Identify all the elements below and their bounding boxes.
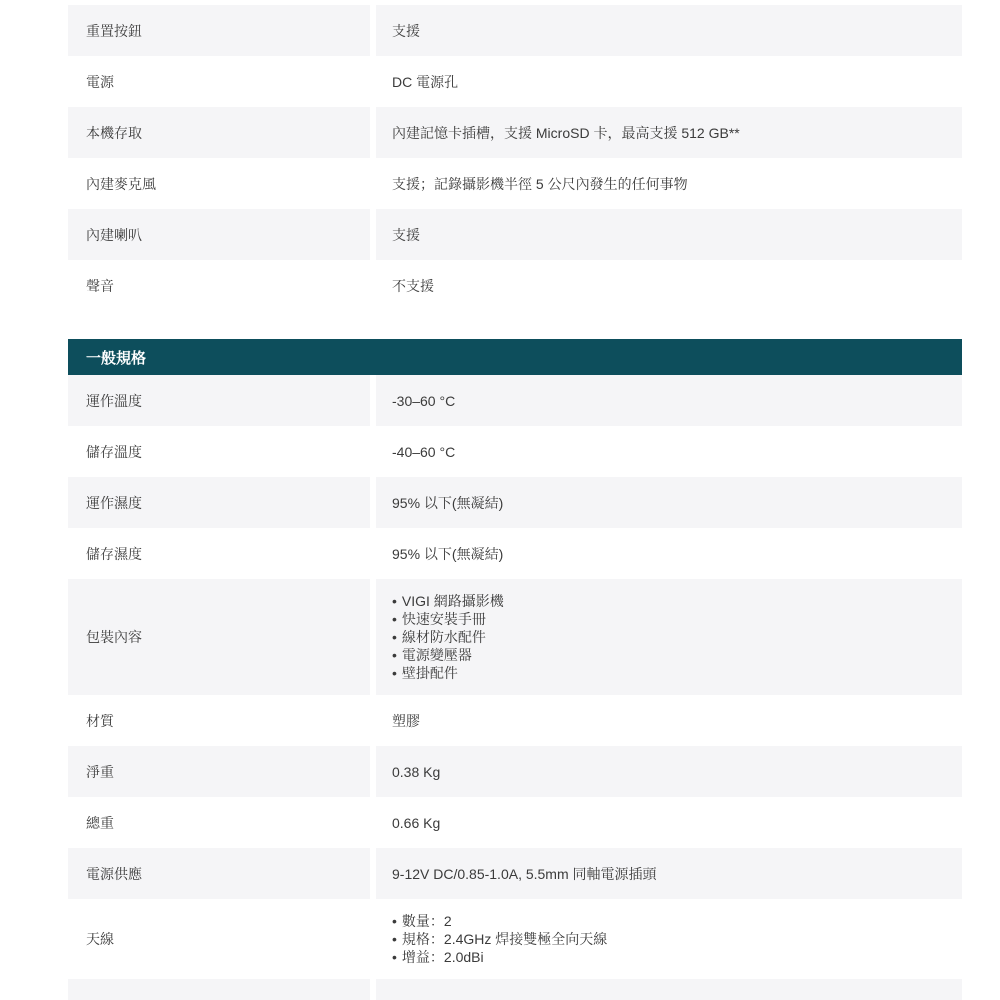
bullet-icon: •: [392, 592, 397, 610]
spec-value: -40–60 °C: [376, 426, 962, 477]
spec-row: 運作溫度-30–60 °C: [68, 375, 962, 426]
spec-label: 運作濕度: [68, 477, 370, 528]
spec-label: 總重: [68, 797, 370, 848]
section-header-general-specs: 一般規格: [68, 339, 962, 375]
spec-row: 本機存取內建記憶卡插槽，支援 MicroSD 卡，最高支援 512 GB**: [68, 107, 962, 158]
spec-label: 電源: [68, 56, 370, 107]
spec-label: 內建麥克風: [68, 158, 370, 209]
spec-label: 儲存溫度: [68, 426, 370, 477]
spec-row: 重置按鈕支援: [68, 5, 962, 56]
spec-row: 儲存溫度-40–60 °C: [68, 426, 962, 477]
bullet-line: •數量：2: [392, 912, 607, 930]
partial-next-row: [68, 979, 962, 1000]
spec-label: 電源供應: [68, 848, 370, 899]
bullet-line: •規格：2.4GHz 焊接雙極全向天線: [392, 930, 607, 948]
spec-row: 運作濕度95% 以下(無凝結): [68, 477, 962, 528]
bullet-line: •增益：2.0dBi: [392, 948, 607, 966]
bullet-icon: •: [392, 912, 397, 930]
section-header-label: 一般規格: [86, 347, 146, 368]
spec-row: 包裝內容•VIGI 網路攝影機•快速安裝手冊•線材防水配件•電源變壓器•壁掛配件: [68, 579, 962, 695]
spec-label: 本機存取: [68, 107, 370, 158]
spec-label: 運作溫度: [68, 375, 370, 426]
spec-label: 重置按鈕: [68, 5, 370, 56]
bullet-icon: •: [392, 930, 397, 948]
spec-row: 聲音不支援: [68, 260, 962, 311]
bullet-text: VIGI 網路攝影機: [402, 592, 504, 610]
spec-label: 聲音: [68, 260, 370, 311]
bullet-line: •壁掛配件: [392, 664, 504, 682]
spec-row: 內建喇叭支援: [68, 209, 962, 260]
bullet-text: 電源變壓器: [402, 646, 472, 664]
spec-value: 0.66 Kg: [376, 797, 962, 848]
spec-row: 儲存濕度95% 以下(無凝結): [68, 528, 962, 579]
spec-row: 電源DC 電源孔: [68, 56, 962, 107]
spec-row: 天線•數量：2•規格：2.4GHz 焊接雙極全向天線•增益：2.0dBi: [68, 899, 962, 979]
spec-label: 內建喇叭: [68, 209, 370, 260]
bullet-icon: •: [392, 628, 397, 646]
spec-label: 淨重: [68, 746, 370, 797]
bullet-line: •電源變壓器: [392, 646, 504, 664]
bullet-text: 增益：2.0dBi: [402, 948, 484, 966]
bullet-line: •線材防水配件: [392, 628, 504, 646]
spec-value: 0.38 Kg: [376, 746, 962, 797]
spec-value: •VIGI 網路攝影機•快速安裝手冊•線材防水配件•電源變壓器•壁掛配件: [376, 579, 962, 695]
spec-value: 95% 以下(無凝結): [376, 528, 962, 579]
spec-table: 重置按鈕支援電源DC 電源孔本機存取內建記憶卡插槽，支援 MicroSD 卡，最…: [68, 5, 962, 1000]
spec-row: 內建麥克風支援；記錄攝影機半徑 5 公尺內發生的任何事物: [68, 158, 962, 209]
spec-value: 95% 以下(無凝結): [376, 477, 962, 528]
partial-next-row-label-cell: [68, 979, 370, 1000]
spec-row: 材質塑膠: [68, 695, 962, 746]
partial-next-row-value-cell: [376, 979, 962, 1000]
spec-row: 電源供應9-12V DC/0.85-1.0A, 5.5mm 同軸電源插頭: [68, 848, 962, 899]
spec-value: 塑膠: [376, 695, 962, 746]
spec-row: 淨重0.38 Kg: [68, 746, 962, 797]
spec-value: 9-12V DC/0.85-1.0A, 5.5mm 同軸電源插頭: [376, 848, 962, 899]
spec-value: 支援；記錄攝影機半徑 5 公尺內發生的任何事物: [376, 158, 962, 209]
bullet-icon: •: [392, 664, 397, 682]
spec-row: 總重0.66 Kg: [68, 797, 962, 848]
spec-rows-general: 運作溫度-30–60 °C儲存溫度-40–60 °C運作濕度95% 以下(無凝結…: [68, 375, 962, 979]
spec-value: 支援: [376, 209, 962, 260]
spec-value: 不支援: [376, 260, 962, 311]
bullet-icon: •: [392, 948, 397, 966]
spec-rows-top: 重置按鈕支援電源DC 電源孔本機存取內建記憶卡插槽，支援 MicroSD 卡，最…: [68, 5, 962, 311]
spec-label: 儲存濕度: [68, 528, 370, 579]
bullet-list: •數量：2•規格：2.4GHz 焊接雙極全向天線•增益：2.0dBi: [392, 912, 607, 966]
bullet-text: 壁掛配件: [402, 664, 458, 682]
bullet-text: 快速安裝手冊: [402, 610, 486, 628]
bullet-line: •快速安裝手冊: [392, 610, 504, 628]
spec-value: DC 電源孔: [376, 56, 962, 107]
spec-value: -30–60 °C: [376, 375, 962, 426]
bullet-text: 規格：2.4GHz 焊接雙極全向天線: [402, 930, 607, 948]
bullet-text: 數量：2: [402, 912, 452, 930]
bullet-text: 線材防水配件: [402, 628, 486, 646]
spec-value: 支援: [376, 5, 962, 56]
spec-label: 天線: [68, 899, 370, 979]
bullet-line: •VIGI 網路攝影機: [392, 592, 504, 610]
bullet-icon: •: [392, 646, 397, 664]
spec-label: 包裝內容: [68, 579, 370, 695]
bullet-list: •VIGI 網路攝影機•快速安裝手冊•線材防水配件•電源變壓器•壁掛配件: [392, 592, 504, 682]
bullet-icon: •: [392, 610, 397, 628]
spec-value: 內建記憶卡插槽，支援 MicroSD 卡，最高支援 512 GB**: [376, 107, 962, 158]
spec-value: •數量：2•規格：2.4GHz 焊接雙極全向天線•增益：2.0dBi: [376, 899, 962, 979]
spec-label: 材質: [68, 695, 370, 746]
